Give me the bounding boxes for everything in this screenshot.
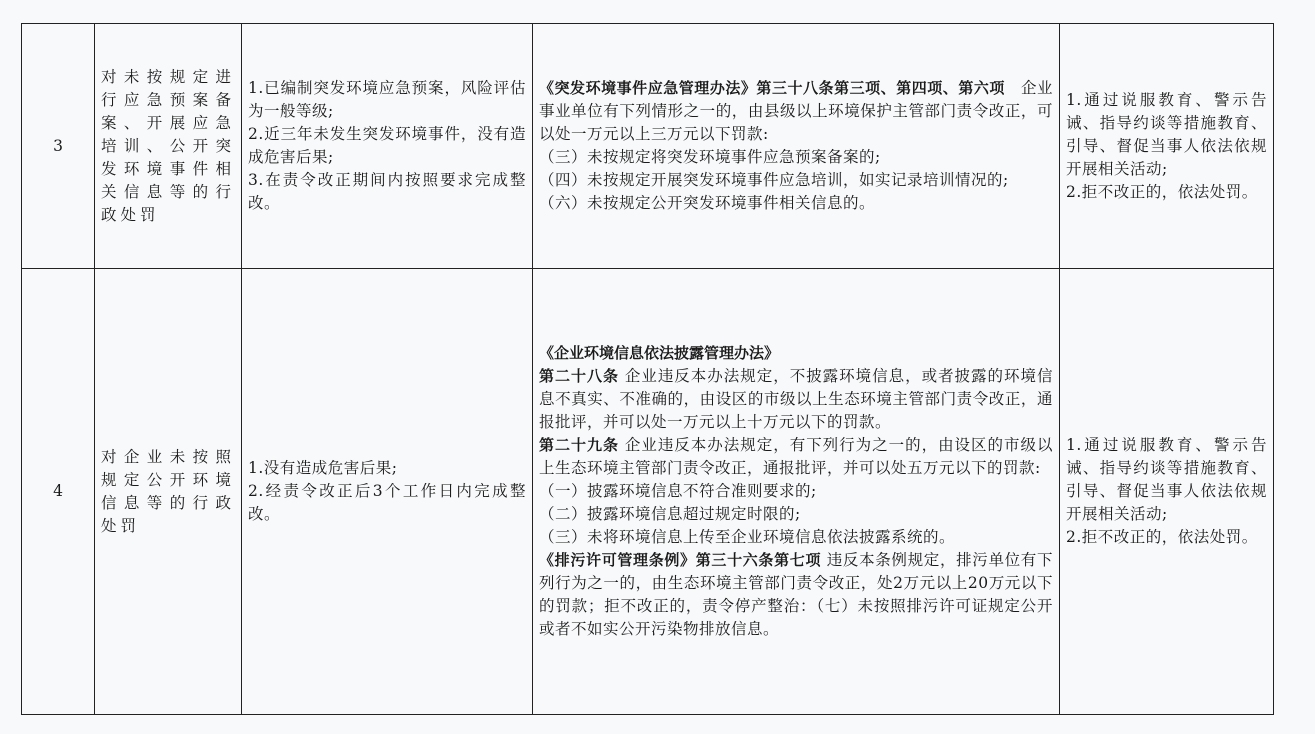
table-row: 4 对企业未按照规定公开环境信息等的行政处罚 1.没有造成危害后果; 2.经责令…: [22, 269, 1274, 715]
condition-line: 2.经责令改正后3个工作日内完成整改。: [248, 480, 526, 526]
table-row: 3 对未按规定进行应急预案备案、开展应急培训、公开突发环境事件相关信息等的行政处…: [22, 24, 1274, 269]
penalty-table: 3 对未按规定进行应急预案备案、开展应急培训、公开突发环境事件相关信息等的行政处…: [21, 23, 1274, 715]
condition-line: 3.在责令改正期间内按照要求完成整改。: [248, 169, 526, 215]
basis-paragraph: 《突发环境事件应急管理办法》第三十八条第三项、第四项、第六项 企业事业单位有下列…: [539, 77, 1053, 146]
item-name: 对未按规定进行应急预案备案、开展应急培训、公开突发环境事件相关信息等的行政处罚: [95, 24, 242, 269]
article-28: 第二十八条 企业违反本办法规定，不披露环境信息，或者披露的环境信息不真实、不准确…: [539, 365, 1053, 434]
basis-item: （六）未按规定公开突发环境事件相关信息的。: [539, 192, 1053, 215]
measure-line: 1.通过说服教育、警示告诫、指导约谈等措施教育、引导、督促当事人依法依规开展相关…: [1066, 89, 1267, 181]
basis-item: （三）未将环境信息上传至企业环境信息依法披露系统的。: [539, 526, 1053, 549]
article-label: 第二十九条: [539, 436, 619, 454]
row-number: 3: [22, 24, 95, 269]
measure-line: 2.拒不改正的，依法处罚。: [1066, 526, 1267, 549]
article-label: 第二十八条: [539, 367, 619, 385]
basis-item: （二）披露环境信息超过规定时限的;: [539, 503, 1053, 526]
legal-basis-cell: 《企业环境信息依法披露管理办法》 第二十八条 企业违反本办法规定，不披露环境信息…: [533, 269, 1060, 715]
law-citation: 《排污许可管理条例》第三十六条第七项: [539, 551, 821, 569]
measures-cell: 1.通过说服教育、警示告诫、指导约谈等措施教育、引导、督促当事人依法依规开展相关…: [1060, 269, 1274, 715]
measures-cell: 1.通过说服教育、警示告诫、指导约谈等措施教育、引导、督促当事人依法依规开展相关…: [1060, 24, 1274, 269]
measure-line: 1.通过说服教育、警示告诫、指导约谈等措施教育、引导、督促当事人依法依规开展相关…: [1066, 434, 1267, 526]
law-citation: 《突发环境事件应急管理办法》第三十八条第三项、第四项、第六项: [539, 79, 1005, 97]
article-29: 第二十九条 企业违反本办法规定，有下列行为之一的，由设区的市级以上生态环境主管部…: [539, 434, 1053, 480]
law-title: 《企业环境信息依法披露管理办法》: [539, 342, 1053, 365]
legal-basis-cell: 《突发环境事件应急管理办法》第三十八条第三项、第四项、第六项 企业事业单位有下列…: [533, 24, 1060, 269]
basis-item: （四）未按规定开展突发环境事件应急培训，如实记录培训情况的;: [539, 169, 1053, 192]
condition-line: 1.没有造成危害后果;: [248, 457, 526, 480]
basis-item: （一）披露环境信息不符合准则要求的;: [539, 480, 1053, 503]
permit-regulation: 《排污许可管理条例》第三十六条第七项 违反本条例规定，排污单位有下列行为之一的，…: [539, 549, 1053, 641]
measure-line: 2.拒不改正的，依法处罚。: [1066, 181, 1267, 204]
conditions-cell: 1.没有造成危害后果; 2.经责令改正后3个工作日内完成整改。: [242, 269, 533, 715]
condition-line: 1.已编制突发环境应急预案，风险评估为一般等级;: [248, 77, 526, 123]
row-number: 4: [22, 269, 95, 715]
conditions-cell: 1.已编制突发环境应急预案，风险评估为一般等级; 2.近三年未发生突发环境事件，…: [242, 24, 533, 269]
item-name: 对企业未按照规定公开环境信息等的行政处罚: [95, 269, 242, 715]
basis-item: （三）未按规定将突发环境事件应急预案备案的;: [539, 146, 1053, 169]
condition-line: 2.近三年未发生突发环境事件，没有造成危害后果;: [248, 123, 526, 169]
